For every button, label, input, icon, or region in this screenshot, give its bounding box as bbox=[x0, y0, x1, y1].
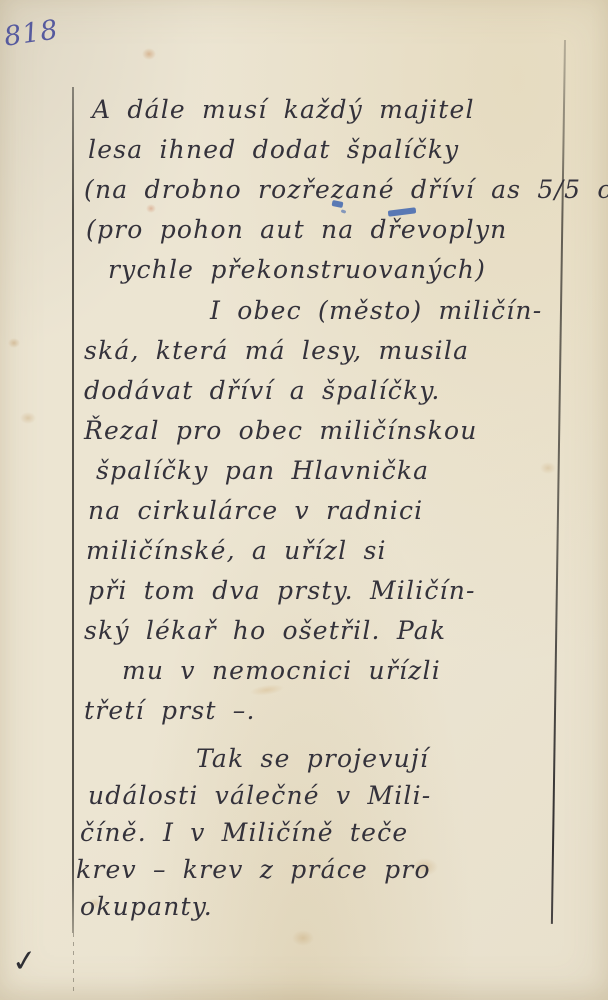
left-margin-rule bbox=[72, 87, 74, 933]
paragraph-3: Tak se projevují události válečné v Mili… bbox=[84, 740, 584, 925]
manuscript-line: třetí prst –. bbox=[84, 691, 584, 731]
manuscript-line: (na drobno rozřezané dříví as 5/5 cm) bbox=[84, 170, 584, 210]
manuscript-line: (pro pohon aut na dřevoplyn bbox=[86, 210, 584, 250]
manuscript-line: špalíčky pan Hlavnička bbox=[96, 451, 584, 491]
paragraph-1: A dále musí každý majitel lesa ihned dod… bbox=[84, 90, 584, 290]
manuscript-line: ský lékař ho ošetřil. Pak bbox=[84, 611, 584, 651]
manuscript-line: Řezal pro obec miličínskou bbox=[84, 411, 584, 451]
page-number: 818 bbox=[2, 14, 60, 52]
manuscript-line: A dále musí každý majitel bbox=[92, 90, 584, 130]
foxing-stain bbox=[142, 48, 156, 60]
manuscript-line: okupanty. bbox=[80, 888, 584, 925]
paragraph-2: I obec (město) miličín- ská, která má le… bbox=[84, 291, 584, 731]
foxing-stain bbox=[292, 930, 314, 946]
check-mark: ✓ bbox=[10, 943, 39, 980]
manuscript-line: ská, která má lesy, musila bbox=[84, 331, 584, 371]
manuscript-line: I obec (město) miličín- bbox=[210, 291, 584, 331]
manuscript-line: při tom dva prsty. Miličín- bbox=[88, 571, 584, 611]
manuscript-page: 818 A dále musí každý majitel lesa ihned… bbox=[0, 0, 608, 1000]
manuscript-line: na cirkulárce v radnici bbox=[88, 491, 584, 531]
foxing-stain bbox=[8, 338, 20, 348]
manuscript-line: miličínské, a uřízl si bbox=[86, 531, 584, 571]
manuscript-line: rychle překonstruovaných) bbox=[108, 250, 584, 290]
left-margin-rule-faded bbox=[73, 933, 74, 991]
manuscript-line: krev – krev z práce pro bbox=[76, 851, 584, 888]
manuscript-line: lesa ihned dodat špalíčky bbox=[88, 130, 584, 170]
manuscript-line: číně. I v Miličíně teče bbox=[80, 814, 584, 851]
foxing-stain bbox=[20, 412, 36, 424]
manuscript-line: události válečné v Mili- bbox=[88, 777, 584, 814]
manuscript-line: dodávat dříví a špalíčky. bbox=[84, 371, 584, 411]
manuscript-line: Tak se projevují bbox=[196, 740, 584, 777]
manuscript-line: mu v nemocnici uřízli bbox=[122, 651, 584, 691]
